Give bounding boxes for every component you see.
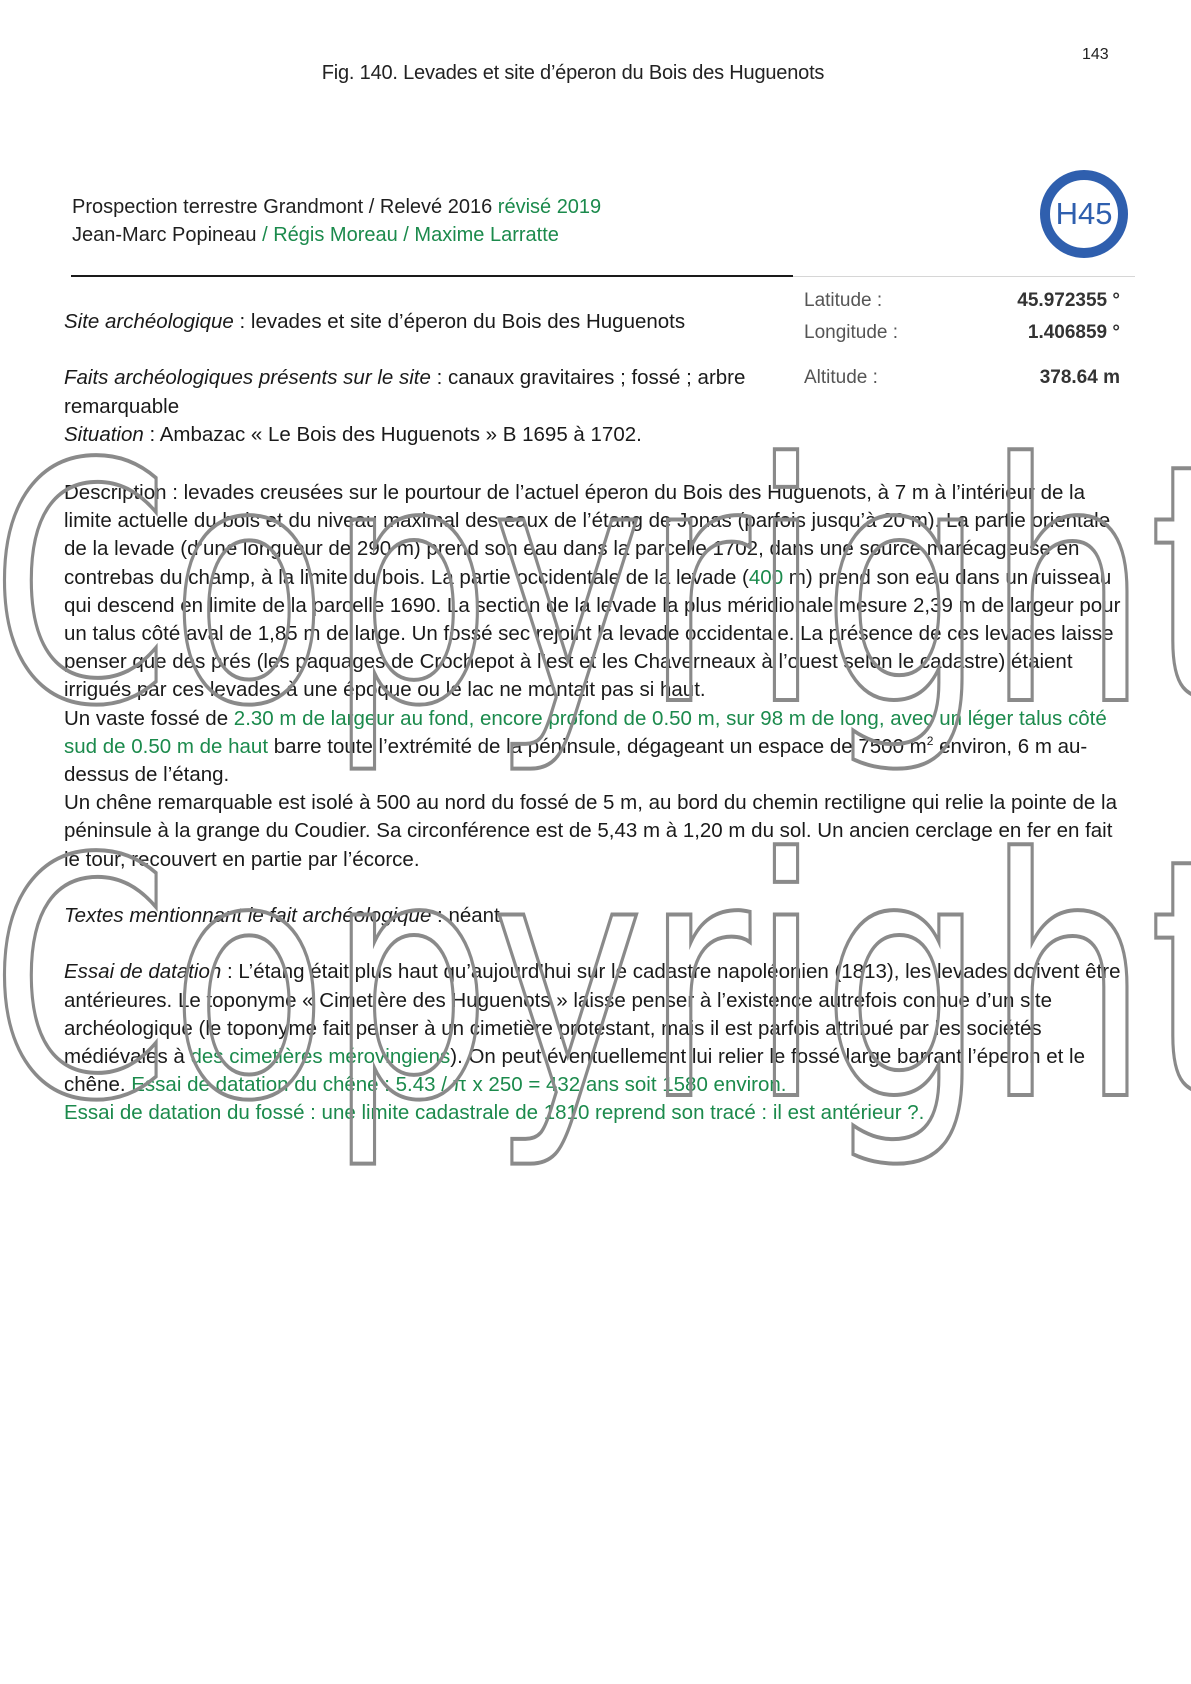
figure-title: Fig. 140. Levades et site d’éperon du Bo… — [0, 62, 1146, 85]
survey-label: Prospection terrestre Grandmont / Relevé… — [72, 196, 498, 218]
altitude-label: Altitude : — [804, 367, 878, 389]
credits-line-1: Prospection terrestre Grandmont / Relevé… — [72, 193, 601, 221]
datation-label: Essai de datation — [64, 960, 221, 983]
desc-text: Un vaste fossé de — [64, 707, 234, 730]
site-summary: Site archéologique : levades et site d’é… — [64, 308, 764, 449]
author-primary: Jean-Marc Popineau — [72, 224, 257, 246]
latitude-value: 45.972355 ° — [1017, 290, 1120, 312]
author-secondary: / Régis Moreau / Maxime Larratte — [257, 224, 559, 246]
latitude-label: Latitude : — [804, 290, 882, 312]
datation-oak-estimate: Essai de datation du chêne : 5.43 / π x … — [131, 1073, 786, 1096]
revision-label: révisé 2019 — [498, 196, 601, 218]
credits: Prospection terrestre Grandmont / Relevé… — [72, 193, 601, 249]
desc-text: barre toute l’extrémité de la péninsule,… — [268, 735, 927, 758]
credits-line-2: Jean-Marc Popineau / Régis Moreau / Maxi… — [72, 221, 601, 249]
faits-label: Faits archéologiques présents sur le sit… — [64, 366, 431, 389]
description-section: Description : levades creusées sur le po… — [64, 479, 1124, 1128]
situation-label: Situation — [64, 423, 144, 446]
longitude-label: Longitude : — [804, 322, 898, 344]
site-line: Site archéologique : levades et site d’é… — [64, 308, 764, 336]
divider — [71, 275, 793, 277]
site-value: : levades et site d’éperon du Bois des H… — [234, 310, 685, 333]
latitude-row: Latitude : 45.972355 ° — [804, 285, 1126, 317]
datation-paragraph: Essai de datation : L’étang était plus h… — [64, 958, 1124, 1099]
altitude-value: 378.64 m — [1040, 367, 1120, 389]
datation-highlight: des cimetières mérovingiens — [190, 1045, 450, 1068]
faits-line: Faits archéologiques présents sur le sit… — [64, 364, 764, 420]
longitude-row: Longitude : 1.406859 ° — [804, 317, 1126, 349]
longitude-value: 1.406859 ° — [1028, 322, 1120, 344]
description-paragraph-1: Description : levades creusées sur le po… — [64, 479, 1124, 705]
datation-ditch-estimate: Essai de datation du fossé : une limite … — [64, 1099, 1124, 1127]
description-paragraph-3: Un chêne remarquable est isolé à 500 au … — [64, 789, 1124, 874]
altitude-row: Altitude : 378.64 m — [804, 362, 1126, 394]
divider-light — [793, 276, 1135, 277]
description-paragraph-2: Un vaste fossé de 2.30 m de largeur au f… — [64, 705, 1124, 790]
desc-highlight: 400 — [749, 566, 783, 589]
site-code-badge: H45 — [1040, 170, 1128, 258]
textes-line: Textes mentionnant le fait archéologique… — [64, 902, 1124, 930]
coordinates-panel: Latitude : 45.972355 ° Longitude : 1.406… — [804, 285, 1126, 394]
situation-line: Situation : Ambazac « Le Bois des Huguen… — [64, 421, 764, 449]
textes-value: : néant — [431, 904, 499, 927]
situation-value: : Ambazac « Le Bois des Huguenots » B 16… — [144, 423, 642, 446]
site-label: Site archéologique — [64, 310, 234, 333]
textes-label: Textes mentionnant le fait archéologique — [64, 904, 431, 927]
